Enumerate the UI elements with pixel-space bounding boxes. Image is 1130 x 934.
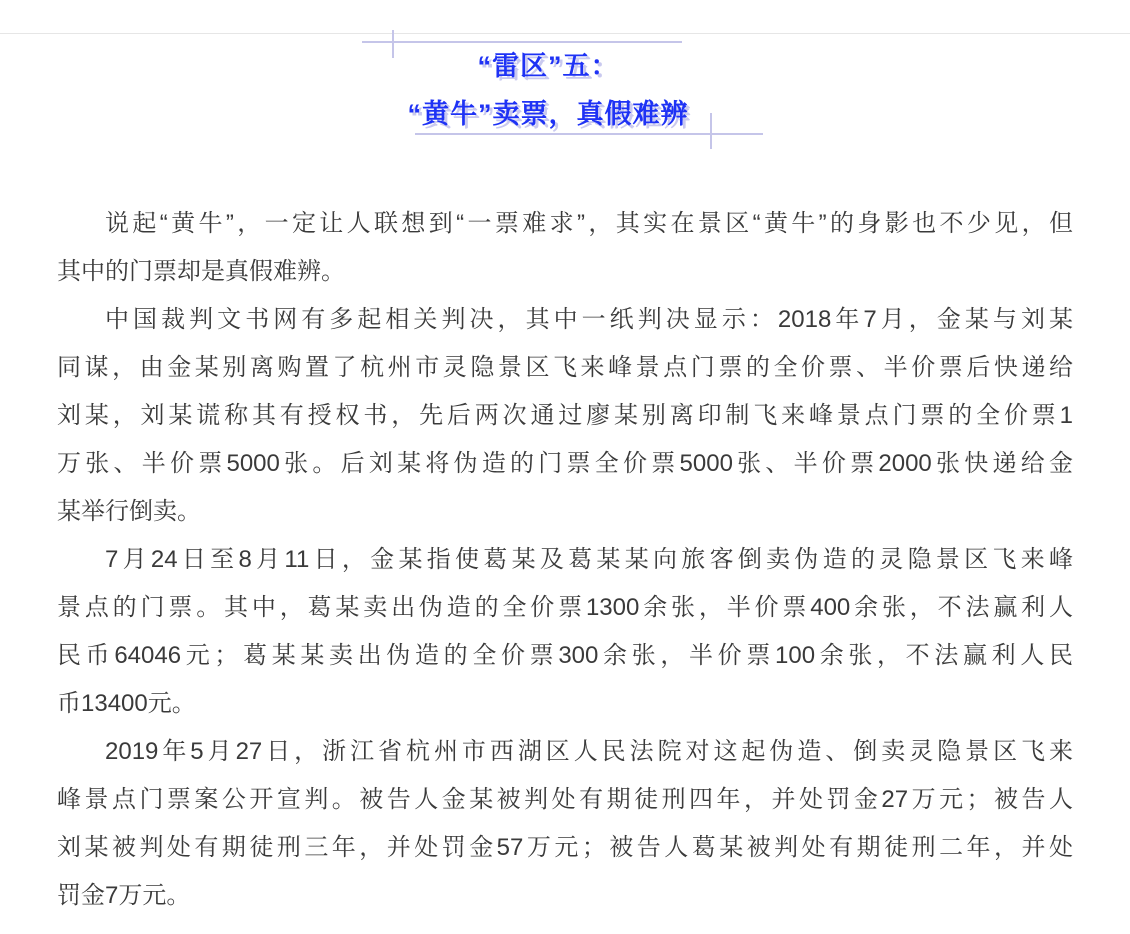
article-title-line-1: “雷区”五： (0, 42, 1096, 90)
body-line: 民币64046元；葛某某卖出伪造的全价票300余张，半价票100余张，不法赢利人… (57, 632, 1073, 680)
body-line: 峰景点门票案公开宣判。被告人金某被判处有期徒刑四年，并处罚金27万元；被告人 (57, 776, 1073, 824)
body-line: 中国裁判文书网有多起相关判决，其中一纸判决显示：2018年7月，金某与刘某 (57, 296, 1073, 344)
body-line: 7月24日至8月11日，金某指使葛某及葛某某向旅客倒卖伪造的灵隐景区飞来峰 (57, 536, 1073, 584)
top-divider-line (0, 33, 1130, 34)
body-line: 说起“黄牛”，一定让人联想到“一票难求”，其实在景区“黄牛”的身影也不少见，但 (57, 200, 1073, 248)
body-line: 景点的门票。其中，葛某卖出伪造的全价票1300余张，半价票400余张，不法赢利人 (57, 584, 1073, 632)
body-line: 某举行倒卖。 (57, 488, 1073, 536)
body-line: 2019年5月27日，浙江省杭州市西湖区人民法院对这起伪造、倒卖灵隐景区飞来 (57, 728, 1073, 776)
article-body: 说起“黄牛”，一定让人联想到“一票难求”，其实在景区“黄牛”的身影也不少见，但 … (57, 200, 1073, 920)
body-line: 万张、半价票5000张。后刘某将伪造的门票全价票5000张、半价票2000张快递… (57, 440, 1073, 488)
body-line: 刘某，刘某谎称其有授权书，先后两次通过廖某别离印制飞来峰景点门票的全价票1 (57, 392, 1073, 440)
article-title-line-2: “黄牛”卖票，真假难辨 (0, 90, 1096, 138)
body-line: 币13400元。 (57, 680, 1073, 728)
body-line: 罚金7万元。 (57, 872, 1073, 920)
body-line: 其中的门票却是真假难辨。 (57, 248, 1073, 296)
document-page: “雷区”五： “黄牛”卖票，真假难辨 说起“黄牛”，一定让人联想到“一票难求”，… (0, 0, 1130, 934)
body-line: 刘某被判处有期徒刑三年，并处罚金57万元；被告人葛某被判处有期徒刑二年，并处 (57, 824, 1073, 872)
body-line: 同谋，由金某别离购置了杭州市灵隐景区飞来峰景点门票的全价票、半价票后快递给 (57, 344, 1073, 392)
